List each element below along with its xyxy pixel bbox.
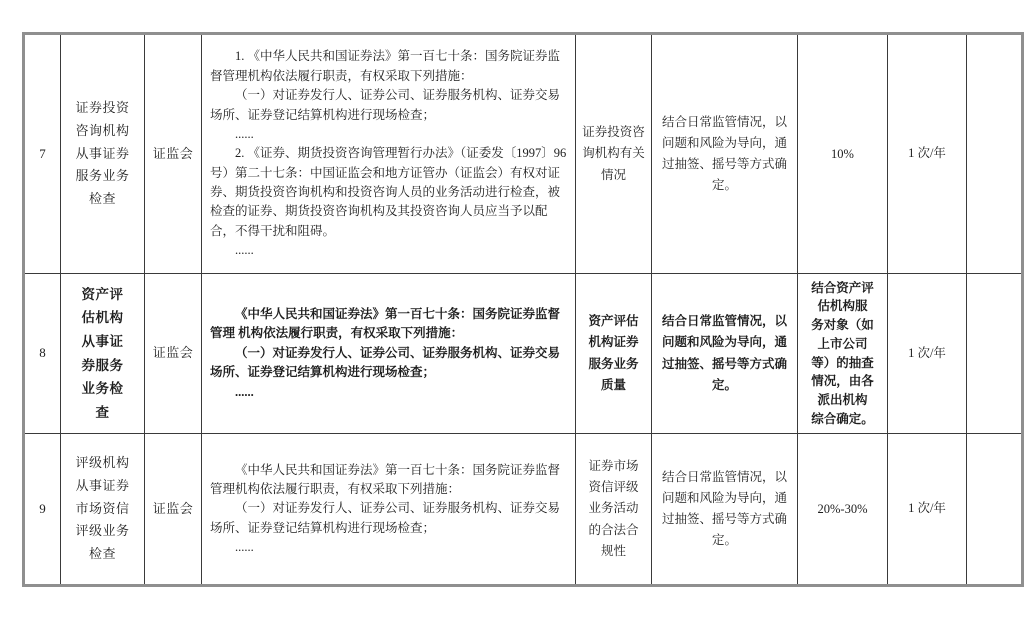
legal-paragraph: 2. 《证券、期货投资咨询管理暂行办法》（证委发〔1997〕96 号）第二十七条… xyxy=(210,144,567,241)
cell-authority-8: 证监会 xyxy=(145,274,202,434)
cell-seq-7: 7 xyxy=(24,34,61,274)
inspection-items-table: 7 证券投资 咨询机构 从事证券 服务业务 检查 证监会 1. 《中华人民共和国… xyxy=(22,32,1024,587)
cell-seq-9: 9 xyxy=(24,434,61,586)
legal-paragraph: ...... xyxy=(210,538,567,557)
cell-item-name-9: 评级机构 从事证券 市场资信 评级业务 检查 xyxy=(61,434,145,586)
cell-frequency-7: 1 次/年 xyxy=(888,34,967,274)
cell-legal-basis-8: 《中华人民共和国证券法》第一百七十条：国务院证券监督管理 机构依法履行职责，有权… xyxy=(202,274,576,434)
cell-proportion-9: 20%-30% xyxy=(798,434,888,586)
legal-paragraph: ...... xyxy=(210,383,567,402)
cell-item-name-8: 资产评 估机构 从事证 券服务 业务检 查 xyxy=(61,274,145,434)
legal-paragraph: 《中华人民共和国证券法》第一百七十条：国务院证券监督管理 机构依法履行职责，有权… xyxy=(210,305,567,344)
cell-item-name-7: 证券投资 咨询机构 从事证券 服务业务 检查 xyxy=(61,34,145,274)
legal-paragraph: （一）对证券发行人、证券公司、证券服务机构、证券交易场所、证券登记结算机构进行现… xyxy=(210,86,567,125)
cell-selection-method-9: 结合日常监管情况，以 问题和风险为导向，通 过抽签、摇号等方式确 定。 xyxy=(652,434,798,586)
cell-selection-method-8: 结合日常监管情况，以 问题和风险为导向，通 过抽签、摇号等方式确 定。 xyxy=(652,274,798,434)
cell-legal-basis-9: 《中华人民共和国证券法》第一百七十条：国务院证券监督管理机构依法履行职责，有权采… xyxy=(202,434,576,586)
cell-note-7 xyxy=(967,34,1023,274)
legal-paragraph: 1. 《中华人民共和国证券法》第一百七十条：国务院证券监督管理机构依法履行职责，… xyxy=(210,47,567,86)
cell-legal-basis-7: 1. 《中华人民共和国证券法》第一百七十条：国务院证券监督管理机构依法履行职责，… xyxy=(202,34,576,274)
cell-proportion-8: 结合资产评 估机构服 务对象（如 上市公司 等）的抽查 情况，由各 派出机构 综… xyxy=(798,274,888,434)
cell-frequency-9: 1 次/年 xyxy=(888,434,967,586)
table-row: 7 证券投资 咨询机构 从事证券 服务业务 检查 证监会 1. 《中华人民共和国… xyxy=(24,34,1023,274)
cell-selection-method-7: 结合日常监管情况，以 问题和风险为导向，通 过抽签、摇号等方式确 定。 xyxy=(652,34,798,274)
cell-inspection-content-9: 证券市场 资信评级 业务活动 的合法合 规性 xyxy=(576,434,652,586)
cell-note-9 xyxy=(967,434,1023,586)
cell-authority-7: 证监会 xyxy=(145,34,202,274)
cell-inspection-content-7: 证券投资咨 询机构有关 情况 xyxy=(576,34,652,274)
legal-paragraph: ...... xyxy=(210,241,567,260)
legal-paragraph: 《中华人民共和国证券法》第一百七十条：国务院证券监督管理机构依法履行职责，有权采… xyxy=(210,461,567,500)
legal-paragraph: （一）对证券发行人、证券公司、证券服务机构、证券交易场所、证券登记结算机构进行现… xyxy=(210,499,567,538)
cell-inspection-content-8: 资产评估 机构证券 服务业务 质量 xyxy=(576,274,652,434)
legal-paragraph: （一）对证券发行人、证券公司、证券服务机构、证券交易场所、证券登记结算机构进行现… xyxy=(210,344,567,383)
cell-authority-9: 证监会 xyxy=(145,434,202,586)
table-row: 9 评级机构 从事证券 市场资信 评级业务 检查 证监会 《中华人民共和国证券法… xyxy=(24,434,1023,586)
legal-paragraph: ...... xyxy=(210,125,567,144)
cell-note-8 xyxy=(967,274,1023,434)
cell-proportion-7: 10% xyxy=(798,34,888,274)
table-row: 8 资产评 估机构 从事证 券服务 业务检 查 证监会 《中华人民共和国证券法》… xyxy=(24,274,1023,434)
cell-frequency-8: 1 次/年 xyxy=(888,274,967,434)
cell-seq-8: 8 xyxy=(24,274,61,434)
